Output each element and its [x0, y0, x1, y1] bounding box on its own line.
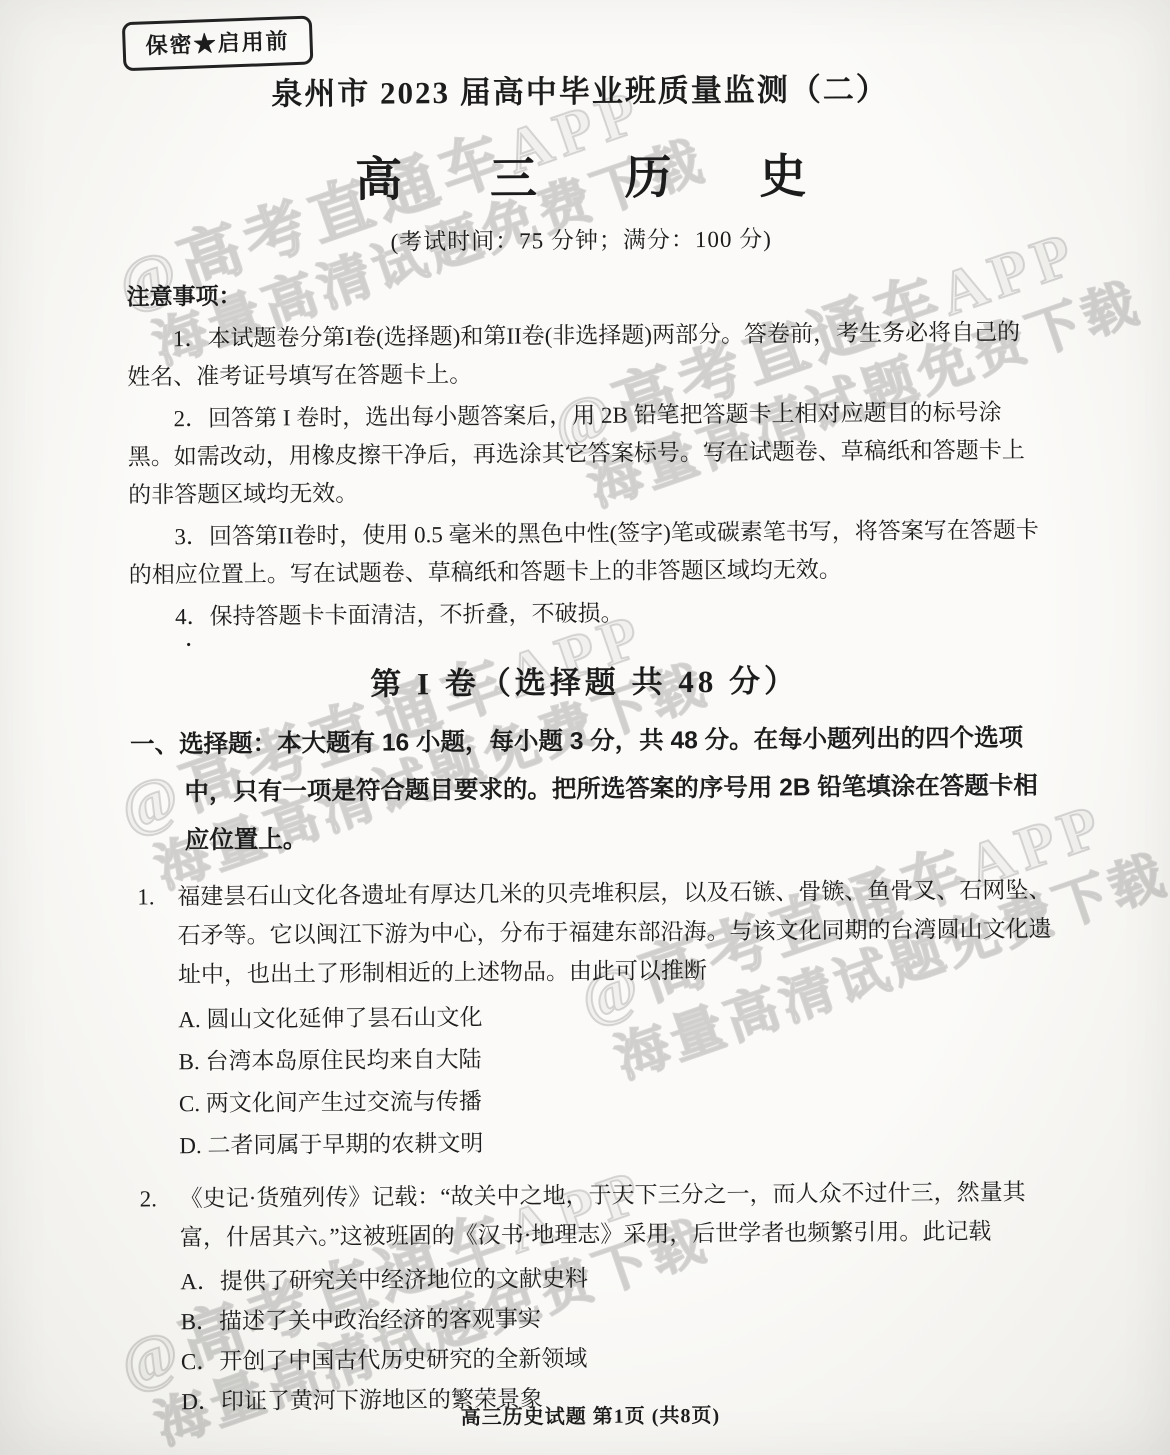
question-1-number: 1.: [137, 877, 179, 1167]
subject-title: 高 三 历 史: [0, 136, 1166, 212]
question-1-option-c: C. 两文化间产生过交流与传播: [179, 1076, 1055, 1125]
confidential-stamp: 保密★启用前: [122, 15, 314, 71]
notice-item-4: 4．保持答题卡卡面清洁，不折叠，不破损。: [129, 591, 1043, 636]
question-1-option-b: B. 台湾本岛原住民均来自大陆: [178, 1034, 1054, 1083]
question-2: 2. 《史记·货殖列传》记载：“故关中之地，于天下三分之一，而人众不过什三，然量…: [140, 1172, 1058, 1422]
notice-item-2: 2．回答第 I 卷时，选出每小题答案后，用 2B 铅笔把答题卡上相对应题目的标号…: [127, 393, 1042, 514]
question-2-stem: 《史记·货殖列传》记载：“故关中之地，于天下三分之一，而人众不过什三，然量其富，…: [180, 1172, 1057, 1257]
page-content: 保密★启用前 泉州市 2023 届高中毕业班质量监测（二） 高 三 历 史 (考…: [0, 0, 1170, 1455]
question-2-option-b: B．描述了关中政治经济的客观事实: [181, 1295, 1057, 1342]
question-1: 1. 福建昙石山文化各遗址有厚达几米的贝壳堆积层，以及石镞、骨镞、鱼骨叉、石网坠…: [137, 870, 1055, 1167]
question-1-stem: 福建昙石山文化各遗址有厚达几米的贝壳堆积层，以及石镞、骨镞、鱼骨叉、石网坠、石矛…: [177, 870, 1054, 994]
question-1-option-d: D. 二者同属于早期的农耕文明: [179, 1118, 1055, 1167]
question-1-options: A. 圆山文化延伸了昙石山文化 B. 台湾本岛原住民均来自大陆 C. 两文化间产…: [178, 992, 1055, 1167]
question-1-body: 福建昙石山文化各遗址有厚达几米的贝壳堆积层，以及石镞、骨镞、鱼骨叉、石网坠、石矛…: [177, 870, 1055, 1167]
exam-paper-page: @高考直通车APP 海量高清试题免费下载 @高考直通车APP 海量高清试题免费下…: [0, 0, 1170, 1455]
question-2-option-a: A．提供了研究关中经济地位的文献史料: [180, 1255, 1056, 1302]
questions-list: 1. 福建昙石山文化各遗址有厚达几米的贝壳堆积层，以及石镞、骨镞、鱼骨叉、石网坠…: [137, 870, 1057, 1422]
exam-time-score-info: (考试时间：75 分钟；满分：100 分): [0, 217, 1166, 259]
notice-item-3: 3．回答第II卷时，使用 0.5 毫米的黑色中性(签字)笔或碳素笔书写，将答案写…: [128, 511, 1043, 594]
notices-heading: 注意事项：: [126, 271, 1040, 316]
exam-title: 泉州市 2023 届高中毕业班质量监测（二）: [0, 61, 1165, 115]
section1-heading: 第 I 卷（选择题 共 48 分）: [0, 652, 1170, 706]
section1-instruction: 一、选择题：本大题有 16 小题，每小题 3 分，共 48 分。在每小题列出的四…: [130, 714, 1051, 865]
question-2-option-c: C．开创了中国古代历史研究的全新领域: [181, 1335, 1057, 1382]
notice-item-1: 1．本试题卷分第I卷(选择题)和第II卷(非选择题)两部分。答卷前，考生务必将自…: [127, 313, 1042, 396]
question-1-option-a: A. 圆山文化延伸了昙石山文化: [178, 992, 1054, 1041]
notices-section: 注意事项： 1．本试题卷分第I卷(选择题)和第II卷(非选择题)两部分。答卷前，…: [126, 271, 1043, 636]
question-2-number: 2.: [140, 1179, 182, 1422]
question-2-body: 《史记·货殖列传》记载：“故关中之地，于天下三分之一，而人众不过什三，然量其富，…: [180, 1172, 1058, 1422]
